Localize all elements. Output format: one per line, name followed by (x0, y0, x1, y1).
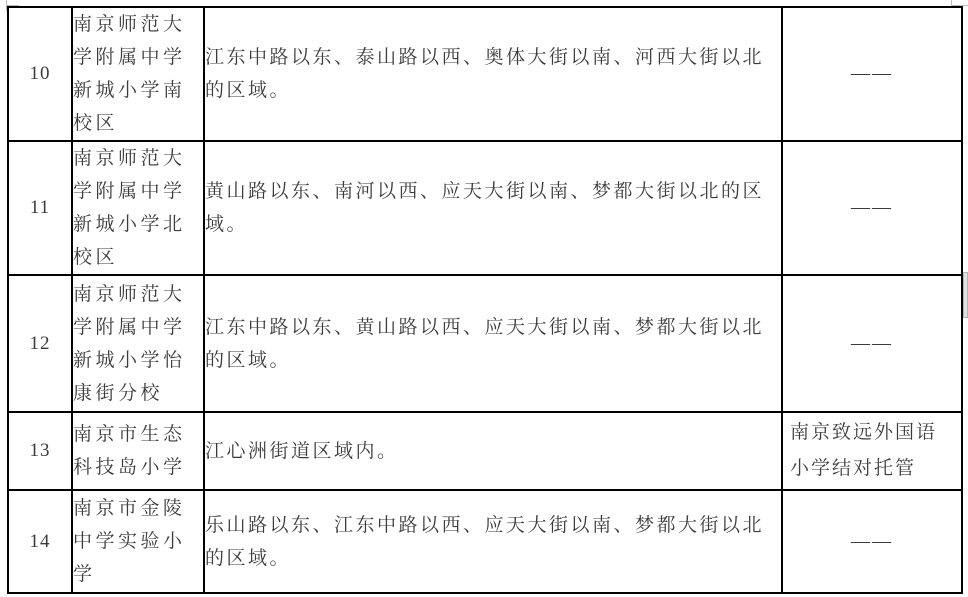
cell-serial-number: 10 (8, 7, 72, 141)
cell-remark: —— (782, 141, 962, 275)
cell-serial-number: 11 (8, 141, 72, 275)
cell-school-name: 南京市生态 科技岛小学 (72, 412, 204, 490)
table-row: 10 南京师范大 学附属中学 新城小学南 校区 江东中路以东、泰山路以西、奥体大… (8, 7, 962, 141)
scrollbar-thumb[interactable] (963, 272, 968, 318)
cell-serial-number: 12 (8, 275, 72, 412)
cell-remark: —— (782, 275, 962, 412)
cell-school-name: 南京师范大 学附属中学 新城小学怡 康街分校 (72, 275, 204, 412)
cell-serial-number: 13 (8, 412, 72, 490)
table-row: 14 南京市金陵 中学实验小 学 乐山路以东、江东中路以西、应天大街以南、梦都大… (8, 490, 962, 593)
cell-district-description: 江东中路以东、泰山路以西、奥体大街以南、河西大街以北 的区域。 (204, 7, 782, 141)
cell-serial-number: 14 (8, 490, 72, 593)
cell-school-name: 南京师范大 学附属中学 新城小学南 校区 (72, 7, 204, 141)
cell-district-description: 江东中路以东、黄山路以西、应天大街以南、梦都大街以北 的区域。 (204, 275, 782, 412)
cell-school-name: 南京市金陵 中学实验小 学 (72, 490, 204, 593)
table-row: 12 南京师范大 学附属中学 新城小学怡 康街分校 江东中路以东、黄山路以西、应… (8, 275, 962, 412)
table-row: 11 南京师范大 学附属中学 新城小学北 校区 黄山路以东、南河以西、应天大街以… (8, 141, 962, 275)
cell-remark: —— (782, 7, 962, 141)
cell-remark: —— (782, 490, 962, 593)
table-row: 13 南京市生态 科技岛小学 江心洲街道区域内。 南京致远外国语 小学结对托管 (8, 412, 962, 490)
cell-district-description: 乐山路以东、江东中路以西、应天大街以南、梦都大街以北 的区域。 (204, 490, 782, 593)
cell-remark: 南京致远外国语 小学结对托管 (782, 412, 962, 490)
cell-district-description: 江心洲街道区域内。 (204, 412, 782, 490)
admission-table: 10 南京师范大 学附属中学 新城小学南 校区 江东中路以东、泰山路以西、奥体大… (7, 6, 963, 594)
document-page: 10 南京师范大 学附属中学 新城小学南 校区 江东中路以东、泰山路以西、奥体大… (0, 0, 968, 597)
cell-school-name: 南京师范大 学附属中学 新城小学北 校区 (72, 141, 204, 275)
cell-district-description: 黄山路以东、南河以西、应天大街以南、梦都大街以北的区 域。 (204, 141, 782, 275)
